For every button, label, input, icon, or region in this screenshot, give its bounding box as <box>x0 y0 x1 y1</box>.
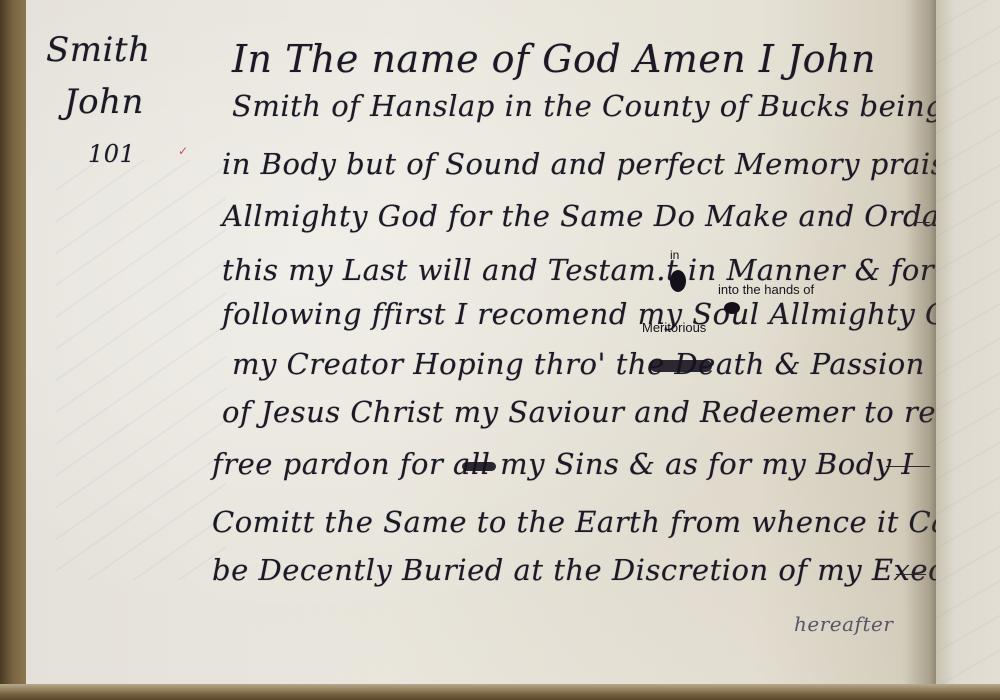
will-line-6: following ffirst I recomend my Soul Allm… <box>222 300 986 329</box>
interlineation-in: in <box>670 248 679 262</box>
margin-forename: John <box>64 82 144 122</box>
will-line-9: free pardon for all my Sins & as for my … <box>212 450 913 479</box>
document-photograph: Smith John 101 ✓ In The name of God Amen… <box>0 0 1000 700</box>
book-binding-bottom <box>0 684 1000 700</box>
red-check-mark: ✓ <box>178 144 188 158</box>
ink-blot <box>724 302 740 314</box>
struck-out-word <box>462 462 496 471</box>
will-line-3: in Body but of Sound and perfect Memory … <box>222 150 1000 179</box>
page-gutter-shadow <box>905 0 940 686</box>
will-line-1: In The name of God Amen I John <box>232 40 876 78</box>
facing-page-edge <box>936 0 1000 686</box>
margin-entry-number: 101 <box>88 140 135 168</box>
interlineation-into-the-hands-of: into the hands of <box>718 282 814 297</box>
will-line-5: this my Last will and Testam.t in Manner… <box>222 256 962 285</box>
book-binding-left <box>0 0 26 700</box>
interlineation-meritorious: Meritorious <box>642 320 706 335</box>
catchword: hereafter <box>794 612 893 636</box>
ink-blot <box>670 270 686 292</box>
struck-out-word <box>650 360 712 372</box>
will-line-2: Smith of Hanslap in the County of Bucks … <box>232 92 1000 121</box>
will-line-4: Allmighty God for the Same Do Make and O… <box>222 202 969 231</box>
will-line-10: Comitt the Same to the Earth from whence… <box>212 508 1000 537</box>
will-line-8: of Jesus Christ my Saviour and Redeemer … <box>222 398 1000 427</box>
will-line-11: be Decently Buried at the Discretion of … <box>212 556 984 585</box>
register-page: Smith John 101 ✓ In The name of God Amen… <box>26 0 936 686</box>
margin-surname: Smith <box>46 30 150 70</box>
will-line-7: my Creator Hoping thro' the Death & Pass… <box>232 350 925 379</box>
